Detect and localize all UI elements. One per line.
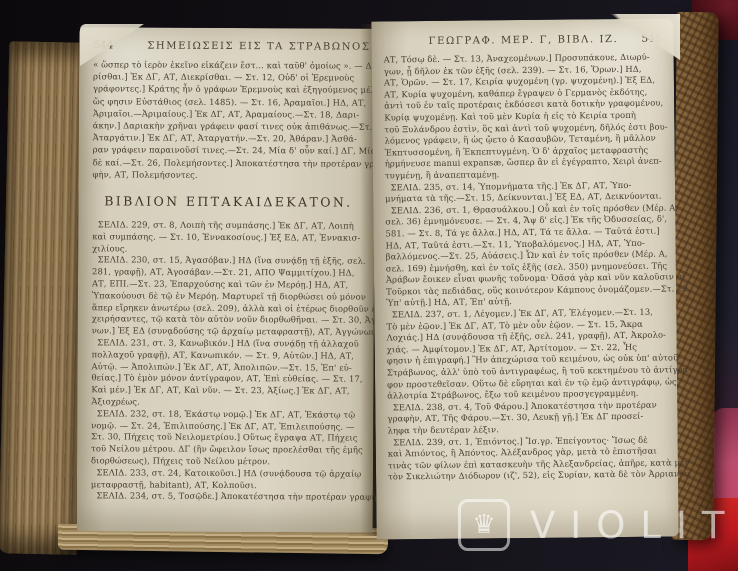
left-page-intro-text: « ὥσπερ τὸ ἱερὸν ἐκεῖνο εἰκάζειν ἔστ... … (93, 58, 366, 181)
left-running-title: ΣΗΜΕΙΩΣΕΙΣ ΕΙΣ ΤΑ ΣΤΡΑΒΩΝΟΣ (147, 41, 370, 53)
left-page-number: 544 (93, 39, 113, 51)
text-line: ὥς φησιν Εὐστάθιος (σελ. 1485). — Στ. 16… (93, 95, 365, 109)
watermark-brand-text: VIOLITY (530, 504, 738, 547)
text-line: φὴν, ΑΤ, Πολεμήσοντες. (93, 168, 365, 182)
violity-watermark: ♛ VIOLITY (458, 499, 738, 551)
text-line: καὶ συμπάσης. — Στ. 10, Ἐννακοσίους.] Ἐξ… (92, 231, 364, 244)
text-line: πολλαχοῦ γραφῇ), ΑΤ, Κανωπικόν. — Στ. 9,… (92, 349, 364, 362)
left-page-header: 544 ΣΗΜΕΙΩΣΕΙΣ ΕΙΣ ΤΑ ΣΤΡΑΒΩΝΟΣ (93, 39, 365, 52)
book-photo: 544 ΣΗΜΕΙΩΣΕΙΣ ΕΙΣ ΤΑ ΣΤΡΑΒΩΝΟΣ « ὥσπερ … (0, 0, 738, 571)
text-line: ΣΕΛΙΔ. 233, στ. 24, Κατοικοῦσι.] ΗΔ (συν… (91, 467, 363, 480)
crown-icon: ♛ (458, 499, 510, 551)
right-page-number: 545 (641, 33, 661, 45)
text-line: ραν γράφειν παραινοῦσί τινες.—Στ. 24, Μί… (93, 144, 365, 158)
book-page-edges-left (0, 41, 87, 555)
text-line: Ὑπακούουσι δὲ τῷ ἐν Μερόῃ. Μαρτυρεῖ τῇ δ… (92, 290, 364, 303)
pink-fabric-right (712, 408, 738, 508)
text-line: γράφοντες.] Κράτης ἦν ὁ γράφων Ἐρεμνοὺς … (93, 83, 365, 97)
left-page: 544 ΣΗΜΕΙΩΣΕΙΣ ΕΙΣ ΤΑ ΣΤΡΑΒΩΝΟΣ « ὥσπερ … (77, 27, 376, 533)
text-line: ΣΕΛΙΔ. 234, στ. 5, Τοσῷδε.] Ἀποκατέστησα… (91, 491, 363, 504)
right-page: ΓΕΩΓΡΑΦ. ΜΕΡ. Γ, ΒΙΒΛ. ΙΖ. 545 ΑΤ, Τόσῳ … (371, 18, 678, 539)
left-page-body-text: ΣΕΛΙΔ. 229, στ. 8, Λοιπὴ τῆς συμπάσης.] … (91, 219, 364, 504)
book17-section-heading: ΒΙΒΛΙΟΝ ΕΠΤΑΚΑΙΔΕΚΑΤΟΝ. (92, 193, 364, 209)
text-line: τὸν Σικελιώτην Διόδωρον (ιζ', 52), εἰς Σ… (388, 469, 666, 484)
text-line: ΣΕΛΙΔ. 232, στ. 18, Ἑκάστῳ νομῷ.] Ἐκ ΔΓ,… (91, 408, 363, 421)
right-page-header: ΓΕΩΓΡΑΦ. ΜΕΡ. Γ, ΒΙΒΛ. ΙΖ. 545 (383, 33, 661, 48)
right-running-title: ΓΕΩΓΡΑΦ. ΜΕΡ. Γ, ΒΙΒΛ. ΙΖ. (423, 34, 623, 47)
right-page-body-text: ΑΤ, Τόσῳ δὲ. — Στ. 13, Ἀναχεομένων.] Προ… (384, 52, 666, 484)
